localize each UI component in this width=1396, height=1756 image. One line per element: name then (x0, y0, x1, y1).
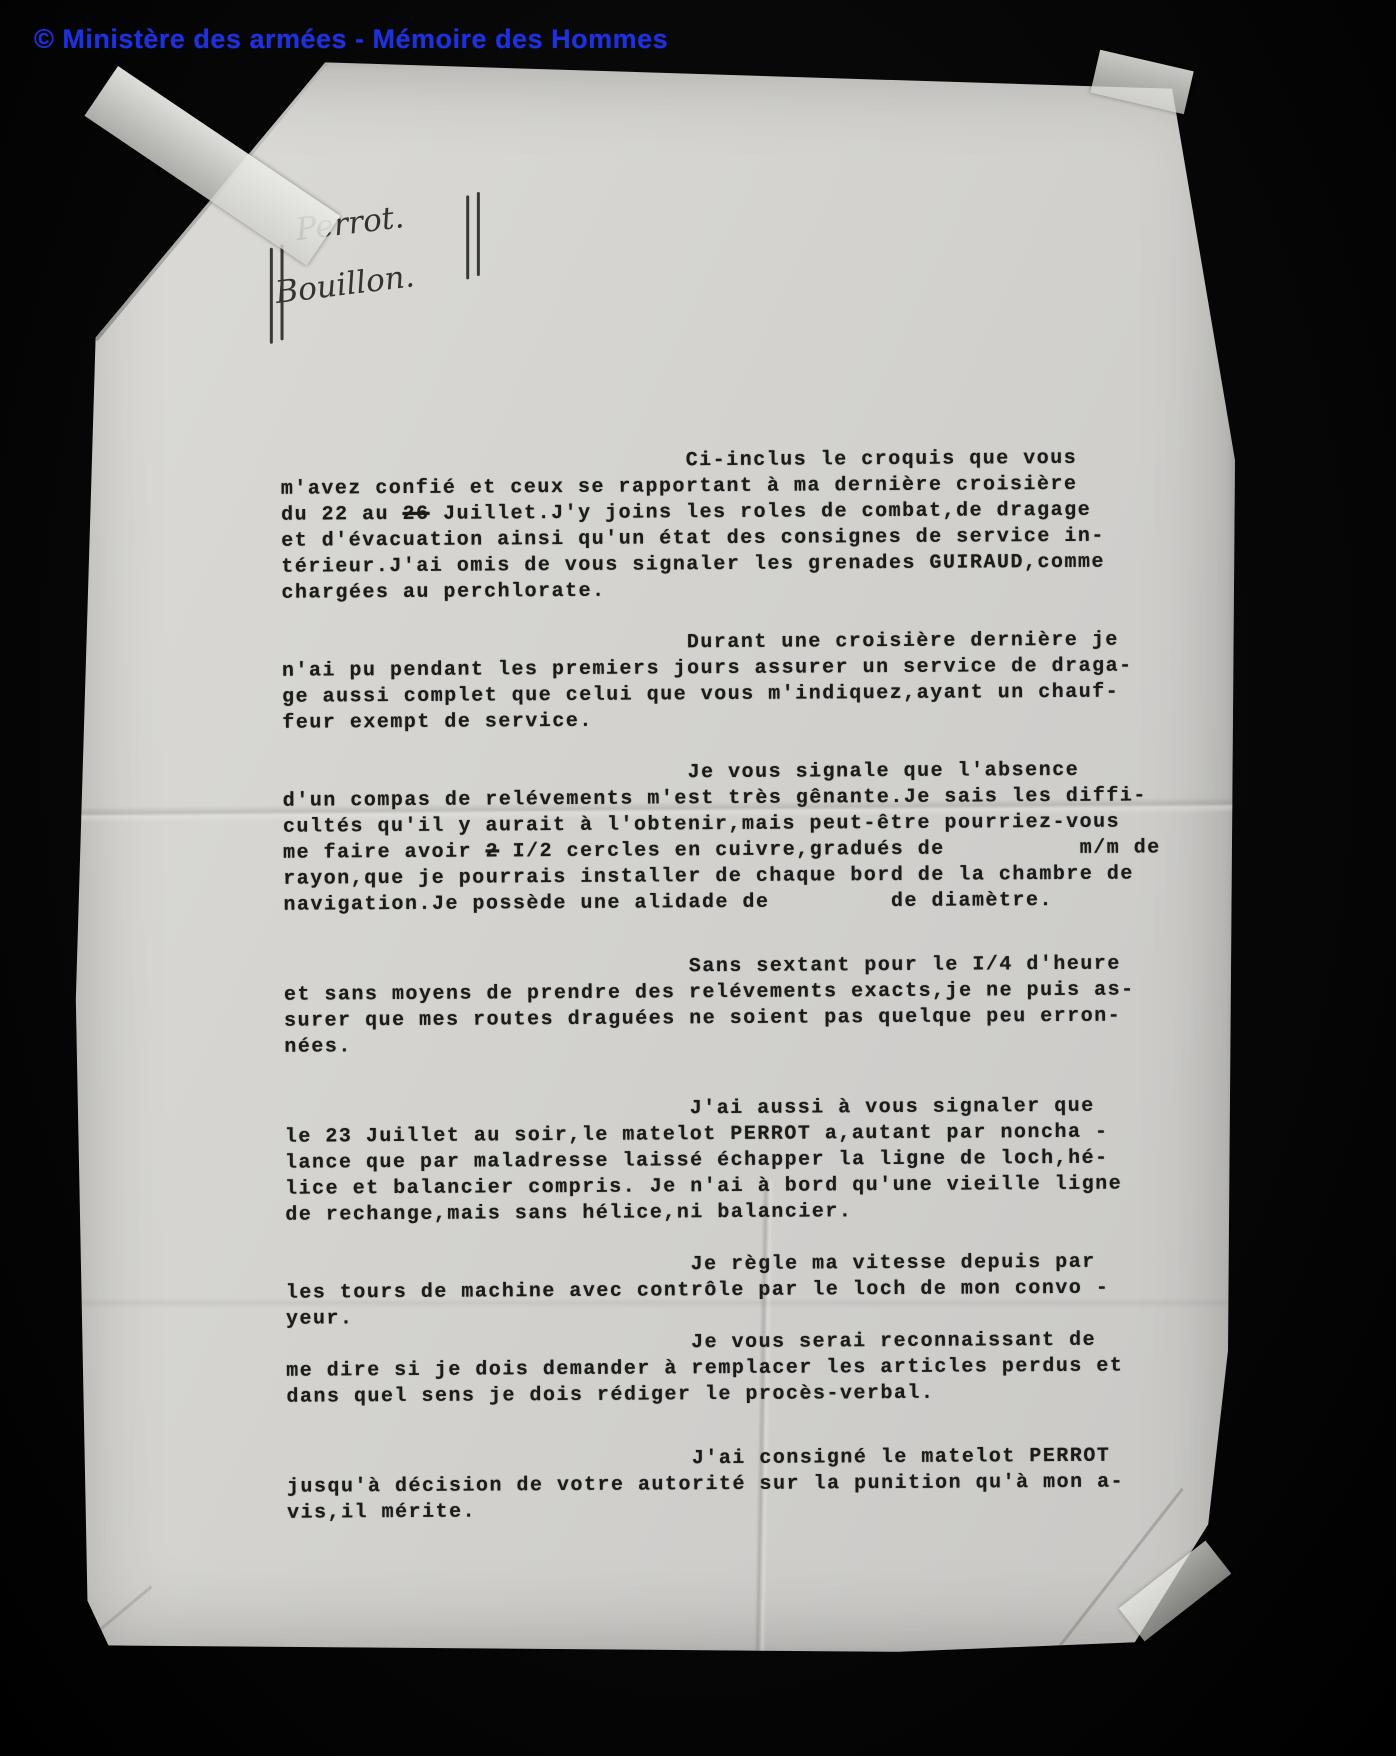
letter-paragraph-4: Sans sextant pour le I/4 d'heure et sans… (284, 951, 1175, 1060)
letter-paragraph-5: J'ai aussi à vous signaler que le 23 Jui… (285, 1093, 1176, 1228)
annotation-stroke (466, 195, 469, 279)
letter-line: nées. (284, 1029, 1174, 1060)
typewritten-letter: Ci-inclus le croquis que vous m'avez con… (281, 445, 1178, 1552)
letter-line: térieur.J'ai omis de vous signaler les g… (281, 549, 1171, 580)
letter-line-segment: Juillet.J'y joins les roles de combat,de… (430, 499, 1092, 526)
document-page: Perrot. Bouillon. Ci-inclus le croquis q… (70, 60, 1235, 1655)
annotation-name-2: Bouillon. (273, 258, 416, 311)
letter-line: ge aussi complet que celui que vous m'in… (282, 679, 1172, 710)
letter-line: jusqu'à décision de votre autorité sur l… (287, 1469, 1177, 1500)
letter-line: surer que mes routes draguées ne soient … (284, 1003, 1174, 1034)
letter-paragraph-1: Ci-inclus le croquis que vous m'avez con… (281, 445, 1172, 606)
letter-line: chargées au perchlorate. (281, 575, 1171, 606)
strikethrough-text: 2 (486, 840, 500, 863)
letter-paragraph-6: Je règle ma vitesse depuis par les tours… (286, 1249, 1176, 1332)
annotation-stroke (477, 192, 480, 276)
letter-line: de rechange,mais sans hélice,ni balancie… (285, 1197, 1175, 1228)
strikethrough-text: 26 (402, 503, 429, 526)
letter-line: les tours de machine avec contrôle par l… (286, 1275, 1176, 1306)
letter-paragraph-2: Durant une croisière dernière je n'ai pu… (282, 627, 1173, 736)
letter-line-segment: du 22 au (281, 503, 403, 527)
letter-line: dans quel sens je dois rédiger le procès… (286, 1379, 1176, 1410)
annotation-stroke (270, 248, 273, 344)
letter-line-segment: I/2 cercles en cuivre,gradués de m/m de (499, 836, 1161, 863)
letter-paragraph-8: J'ai consigné le matelot PERROT jusqu'à … (287, 1443, 1177, 1526)
corner-fold (82, 1585, 153, 1645)
letter-line: vis,il mérite. (287, 1495, 1177, 1526)
letter-line: me dire si je dois demander à remplacer … (286, 1353, 1176, 1384)
letter-line-segment: me faire avoir (283, 840, 486, 864)
letter-paragraph-7: Je vous serai reconnaissant de me dire s… (286, 1327, 1176, 1410)
letter-line: feur exempt de service. (282, 705, 1172, 736)
scan-background: © Ministère des armées - Mémoire des Hom… (0, 0, 1396, 1756)
letter-line: lice et balancier compris. Je n'ai à bor… (285, 1171, 1175, 1202)
letter-line: navigation.Je possède une alidade de de … (283, 887, 1173, 918)
letter-paragraph-3: Je vous signale que l'absence d'un compa… (283, 757, 1174, 918)
watermark-text: © Ministère des armées - Mémoire des Hom… (34, 24, 668, 55)
